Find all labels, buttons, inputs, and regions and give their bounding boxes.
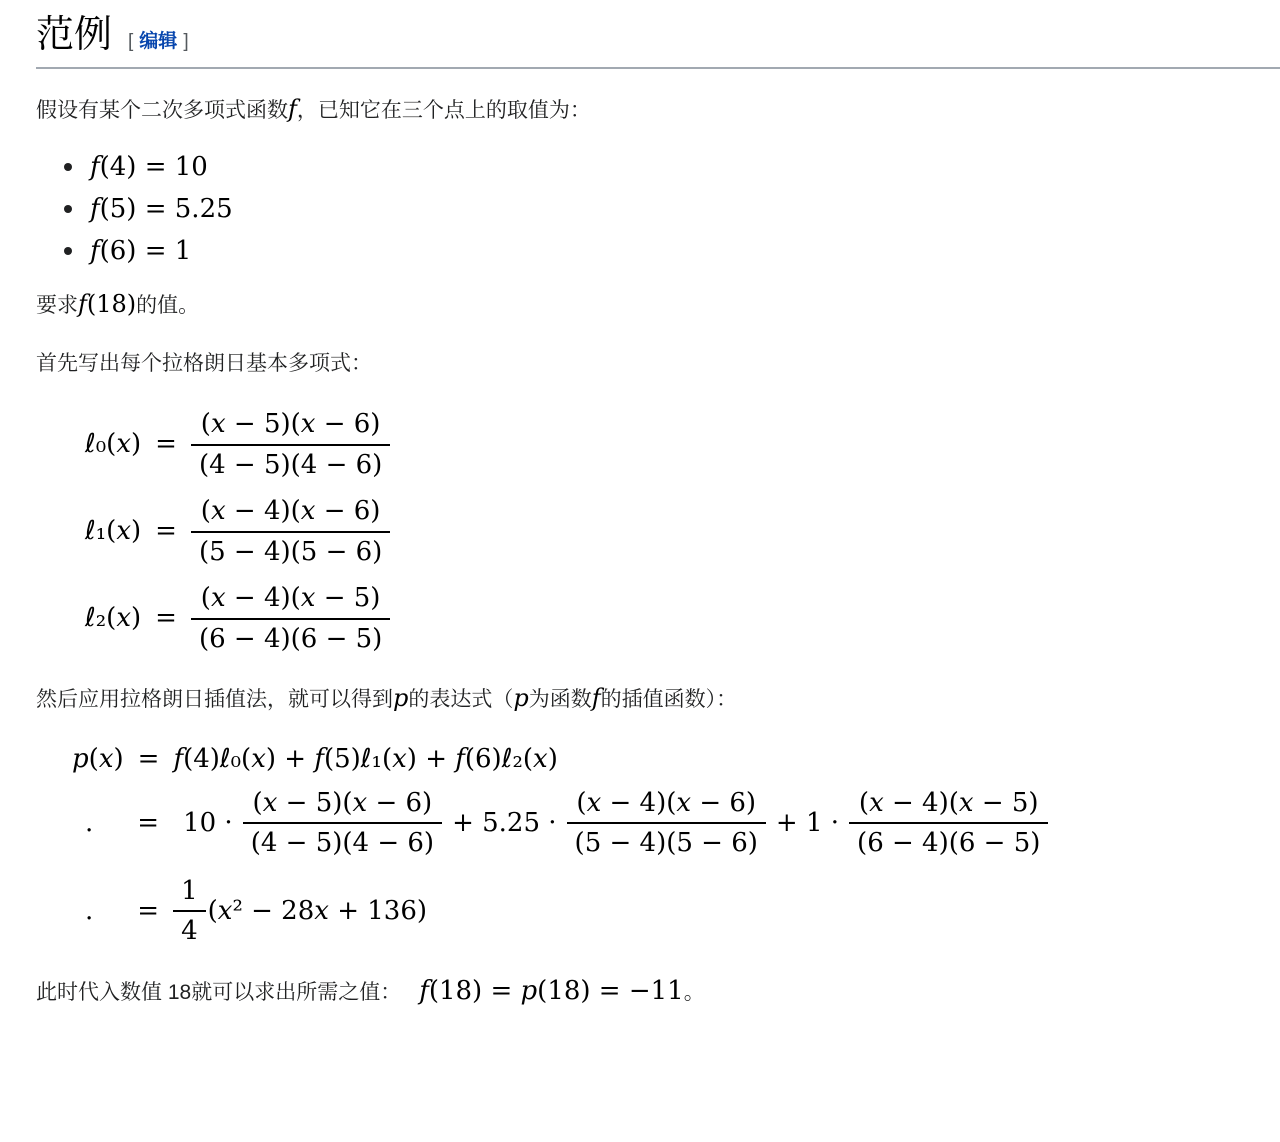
fraction-numerator: 1 bbox=[173, 872, 206, 911]
apply-text-0: 然后应用拉格朗日插值法，就可以得到 bbox=[36, 688, 393, 711]
known-values-list: f(4) = 10 f(5) = 5.25 f(6) = 1 bbox=[36, 154, 1280, 264]
fraction-numerator: (x − 4)(x − 5) bbox=[851, 784, 1047, 823]
fraction-numerator: (x − 4)(x − 5) bbox=[193, 579, 389, 618]
edit-bracket-open: [ bbox=[128, 31, 133, 52]
value-math-0: f(4) = 10 bbox=[90, 154, 208, 180]
article-section: 范例 [编辑] 假设有某个二次多项式函数f，已知它在三个点上的取值为： f(4)… bbox=[0, 0, 1280, 1036]
interpolation-formula-block: p(x) = f(4)ℓ₀(x) + f(5)ℓ₁(x) + f(6)ℓ₂(x)… bbox=[72, 744, 1280, 951]
intro-paragraph: 假设有某个二次多项式函数f，已知它在三个点上的取值为： bbox=[36, 95, 1244, 127]
value-math-1: f(5) = 5.25 bbox=[90, 196, 233, 222]
basis-formula-l2: ℓ₂(x) = (x − 4)(x − 5) (6 − 4)(6 − 5) bbox=[85, 579, 1280, 658]
bullet-icon bbox=[64, 247, 72, 255]
apply-paragraph: 然后应用拉格朗日插值法，就可以得到p的表达式（p为函数f的插值函数）： bbox=[36, 684, 1244, 716]
result-text-0: 此时代入数值 18就可以求出所需之值： bbox=[36, 981, 401, 1004]
interp-row-definition: p(x) = f(4)ℓ₀(x) + f(5)ℓ₁(x) + f(6)ℓ₂(x) bbox=[72, 744, 1280, 775]
goal-paragraph: 要求f(18)的值。 bbox=[36, 290, 1244, 322]
equals-sign: = bbox=[137, 808, 159, 839]
fraction-denominator: 4 bbox=[173, 912, 206, 951]
term-coefficient-2: + 1 · bbox=[776, 808, 839, 839]
interp-row-simplified: . = 1 4 (x² − 28x + 136) bbox=[72, 872, 1280, 951]
interp-rhs-expanded: f(4)ℓ₀(x) + f(5)ℓ₁(x) + f(6)ℓ₂(x) bbox=[173, 744, 557, 775]
apply-text-1: 的表达式（ bbox=[408, 688, 513, 711]
fraction-numerator: (x − 5)(x − 6) bbox=[193, 405, 389, 444]
basis-lhs-0: ℓ₀(x) bbox=[85, 429, 141, 460]
alignment-dot: . bbox=[85, 808, 93, 839]
fraction: (x − 4)(x − 5) (6 − 4)(6 − 5) bbox=[191, 579, 390, 658]
list-item: f(4) = 10 bbox=[36, 154, 1280, 180]
equals-sign: = bbox=[138, 744, 160, 775]
term-coefficient-1: + 5.25 · bbox=[452, 808, 556, 839]
apply-text-3: 的插值函数）： bbox=[601, 688, 738, 711]
equals-sign: = bbox=[137, 896, 159, 927]
basis-formula-block: ℓ₀(x) = (x − 5)(x − 6) (4 − 5)(4 − 6) ℓ₁… bbox=[85, 405, 1280, 658]
fraction: (x − 5)(x − 6) (4 − 5)(4 − 6) bbox=[191, 405, 390, 484]
edit-bracket-close: ] bbox=[183, 31, 188, 52]
edit-link[interactable]: 编辑 bbox=[139, 31, 177, 52]
inline-math-f: f bbox=[592, 684, 601, 712]
interp-lhs: p(x) bbox=[72, 744, 124, 775]
equals-sign: = bbox=[155, 429, 177, 460]
intro-text-1: ，已知它在三个点上的取值为： bbox=[297, 99, 591, 122]
edit-section: [编辑] bbox=[128, 30, 189, 54]
fraction-denominator: (5 − 4)(5 − 6) bbox=[567, 824, 766, 863]
fraction: (x − 4)(x − 6) (5 − 4)(5 − 6) bbox=[191, 492, 390, 571]
basis-formula-l1: ℓ₁(x) = (x − 4)(x − 6) (5 − 4)(5 − 6) bbox=[85, 492, 1280, 571]
value-math-2: f(6) = 1 bbox=[90, 238, 191, 264]
basis-intro-text: 首先写出每个拉格朗日基本多项式： bbox=[36, 352, 372, 375]
basis-lhs-1: ℓ₁(x) bbox=[85, 516, 141, 547]
intro-text-0: 假设有某个二次多项式函数 bbox=[36, 99, 288, 122]
fraction: (x − 5)(x − 6) (4 − 5)(4 − 6) bbox=[243, 784, 442, 863]
fraction-numerator: (x − 5)(x − 6) bbox=[245, 784, 441, 823]
fraction: (x − 4)(x − 5) (6 − 4)(6 − 5) bbox=[849, 784, 1048, 863]
apply-text-2: 为函数 bbox=[529, 688, 592, 711]
list-item: f(6) = 1 bbox=[36, 238, 1280, 264]
inline-math-f18: f(18) bbox=[78, 290, 136, 318]
bullet-icon bbox=[64, 205, 72, 213]
alignment-dot: . bbox=[85, 896, 93, 927]
goal-text-1: 的值。 bbox=[136, 294, 199, 317]
list-item: f(5) = 5.25 bbox=[36, 196, 1280, 222]
bullet-icon bbox=[64, 163, 72, 171]
fraction-one-quarter: 1 4 bbox=[173, 872, 206, 951]
fraction: (x − 4)(x − 6) (5 − 4)(5 − 6) bbox=[567, 784, 766, 863]
result-text-1: 。 bbox=[684, 981, 705, 1004]
fraction-denominator: (6 − 4)(6 − 5) bbox=[849, 824, 1048, 863]
basis-lhs-2: ℓ₂(x) bbox=[85, 603, 141, 634]
result-math: f(18) = p(18) = −11 bbox=[419, 976, 684, 1006]
fraction-denominator: (4 − 5)(4 − 6) bbox=[243, 824, 442, 863]
fraction-numerator: (x − 4)(x − 6) bbox=[193, 492, 389, 531]
inline-math-p: p bbox=[393, 684, 408, 712]
basis-formula-l0: ℓ₀(x) = (x − 5)(x − 6) (4 − 5)(4 − 6) bbox=[85, 405, 1280, 484]
equals-sign: = bbox=[155, 603, 177, 634]
inline-math-p: p bbox=[513, 684, 528, 712]
term-coefficient-0: 10 · bbox=[183, 808, 233, 839]
fraction-numerator: (x − 4)(x − 6) bbox=[568, 784, 764, 823]
section-heading: 范例 [编辑] bbox=[36, 12, 1280, 69]
page-title: 范例 bbox=[36, 12, 112, 60]
fraction-denominator: (4 − 5)(4 − 6) bbox=[191, 446, 390, 485]
result-paragraph: 此时代入数值 18就可以求出所需之值：f(18) = p(18) = −11。 bbox=[36, 977, 1244, 1009]
equals-sign: = bbox=[155, 516, 177, 547]
goal-text-0: 要求 bbox=[36, 294, 78, 317]
basis-intro-paragraph: 首先写出每个拉格朗日基本多项式： bbox=[36, 348, 1244, 380]
fraction-denominator: (5 − 4)(5 − 6) bbox=[191, 533, 390, 572]
interp-row-substitution: . = 10 · (x − 5)(x − 6) (4 − 5)(4 − 6) +… bbox=[72, 784, 1280, 863]
simplified-polynomial: (x² − 28x + 136) bbox=[208, 896, 427, 927]
inline-math-f: f bbox=[288, 95, 297, 123]
fraction-denominator: (6 − 4)(6 − 5) bbox=[191, 620, 390, 659]
